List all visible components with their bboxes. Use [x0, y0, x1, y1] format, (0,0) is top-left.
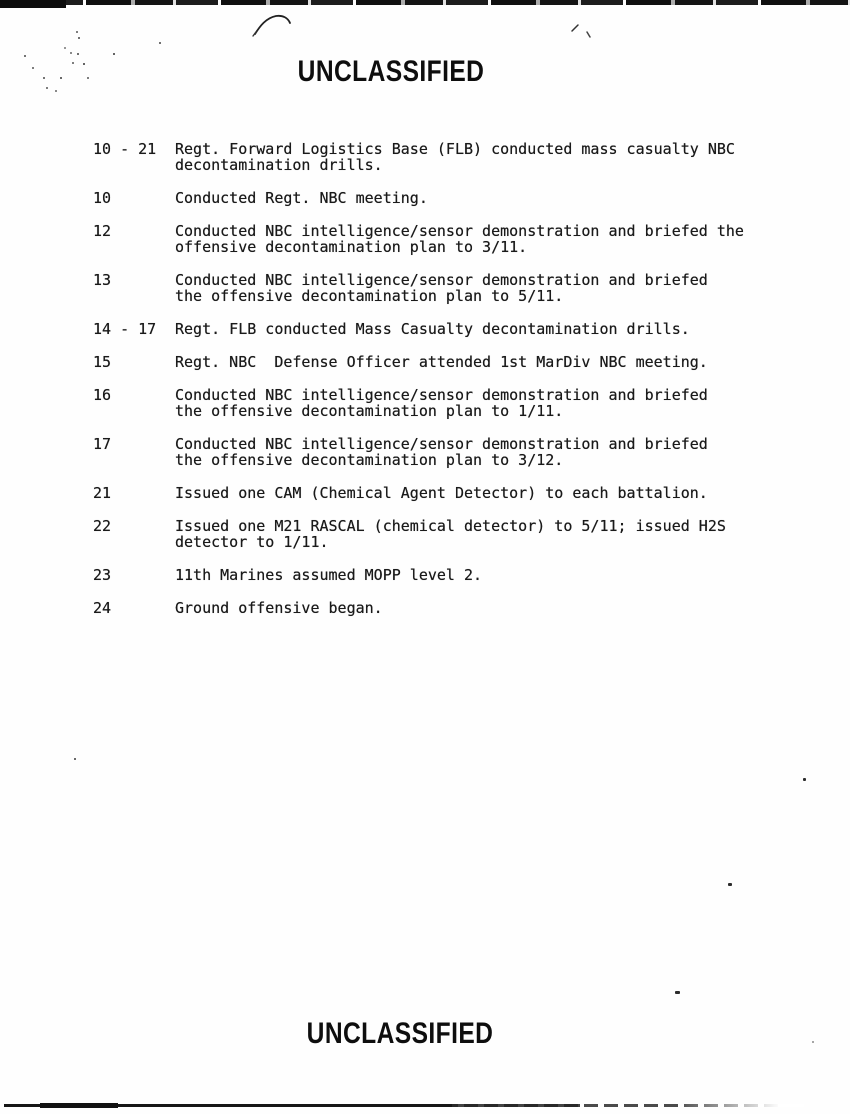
entry-text: Ground offensive began.	[175, 600, 383, 616]
scan-edge-bottom	[4, 1104, 804, 1107]
scan-tick-marks	[568, 22, 596, 42]
scan-curl-mark	[252, 12, 296, 38]
log-entry-5: 14 - 17 Regt. FLB conducted Mass Casualt…	[93, 321, 793, 337]
document-page: UNCLASSIFIED 10 - 21 Regt. Forward Logis…	[0, 0, 850, 1114]
log-entry-8: 17 Conducted NBC intelligence/sensor dem…	[93, 436, 793, 468]
classification-footer: UNCLASSIFIED	[307, 1017, 494, 1051]
log-entry-12: 24 Ground offensive began.	[93, 600, 793, 616]
entry-day: 23	[93, 567, 175, 583]
activity-log: 10 - 21 Regt. Forward Logistics Base (FL…	[93, 141, 793, 633]
entry-day: 15	[93, 354, 175, 370]
entry-day: 24	[93, 600, 175, 616]
entry-day: 10	[93, 190, 175, 206]
entry-text: Issued one CAM (Chemical Agent Detector)…	[175, 485, 708, 501]
log-entry-7: 16 Conducted NBC intelligence/sensor dem…	[93, 387, 793, 419]
scan-edge-top	[0, 0, 850, 5]
entry-day: 16	[93, 387, 175, 419]
scan-speck	[675, 991, 680, 994]
scan-speck	[812, 1041, 814, 1043]
entry-day: 12	[93, 223, 175, 255]
entry-text: Conducted NBC intelligence/sensor demons…	[175, 272, 708, 304]
entry-text: Regt. FLB conducted Mass Casualty decont…	[175, 321, 690, 337]
entry-text: Conducted Regt. NBC meeting.	[175, 190, 428, 206]
log-entry-1: 10 - 21 Regt. Forward Logistics Base (FL…	[93, 141, 793, 173]
entry-text: Regt. Forward Logistics Base (FLB) condu…	[175, 141, 735, 173]
log-entry-10: 22 Issued one M21 RASCAL (chemical detec…	[93, 518, 793, 550]
scan-speck	[74, 758, 76, 760]
entry-day: 14 - 17	[93, 321, 175, 337]
log-entry-4: 13 Conducted NBC intelligence/sensor dem…	[93, 272, 793, 304]
entry-text: Conducted NBC intelligence/sensor demons…	[175, 387, 708, 419]
log-entry-9: 21 Issued one CAM (Chemical Agent Detect…	[93, 485, 793, 501]
scan-smudge-cluster	[24, 55, 26, 57]
log-entry-3: 12 Conducted NBC intelligence/sensor dem…	[93, 223, 793, 255]
entry-day: 17	[93, 436, 175, 468]
entry-text: Conducted NBC intelligence/sensor demons…	[175, 436, 708, 468]
entry-text: Conducted NBC intelligence/sensor demons…	[175, 223, 744, 255]
log-entry-6: 15 Regt. NBC Defense Officer attended 1s…	[93, 354, 793, 370]
entry-text: Issued one M21 RASCAL (chemical detector…	[175, 518, 726, 550]
log-entry-2: 10 Conducted Regt. NBC meeting.	[93, 190, 793, 206]
entry-day: 10 - 21	[93, 141, 175, 173]
classification-header: UNCLASSIFIED	[298, 55, 485, 89]
scan-speck	[803, 778, 806, 781]
entry-text: 11th Marines assumed MOPP level 2.	[175, 567, 482, 583]
entry-day: 22	[93, 518, 175, 550]
entry-day: 21	[93, 485, 175, 501]
entry-day: 13	[93, 272, 175, 304]
entry-text: Regt. NBC Defense Officer attended 1st M…	[175, 354, 708, 370]
scan-speck	[728, 883, 732, 886]
log-entry-11: 23 11th Marines assumed MOPP level 2.	[93, 567, 793, 583]
